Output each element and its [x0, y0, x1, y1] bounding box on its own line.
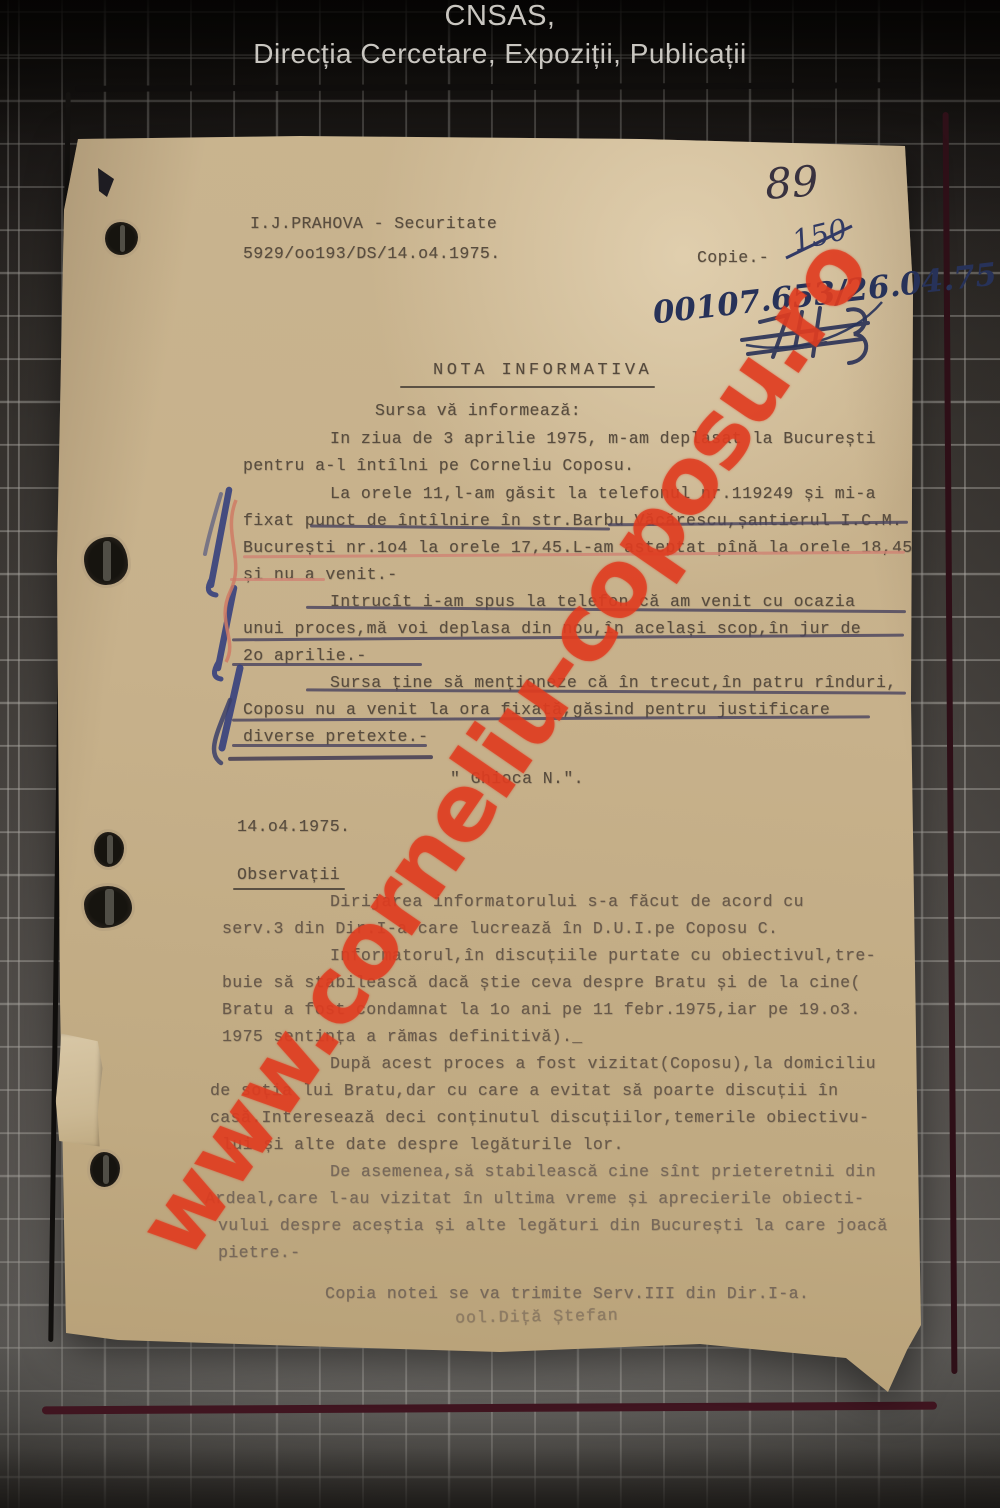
typed-line: Copia notei se va trimite Serv.III din D… [325, 1283, 809, 1305]
typed-line: ool.Diță Ștefan [455, 1305, 619, 1330]
observatii-underline [233, 888, 345, 890]
pencil-margin-marks [205, 490, 240, 763]
typed-line: După acest proces a fost vizitat(Coposu)… [330, 1053, 876, 1075]
red-pencil-mark [230, 578, 325, 581]
typed-line: și nu a venit.- [243, 564, 398, 586]
pencil-underline [228, 755, 433, 760]
typed-line: vului despre aceștia și alte legături di… [218, 1215, 888, 1237]
unit-header-line2: 5929/oo193/DS/14.o4.1975. [243, 243, 501, 265]
punch-hole [105, 222, 138, 255]
check-mark [98, 168, 114, 197]
pencil-underline [232, 744, 427, 747]
unit-header-line1: I.J.PRAHOVA - Securitate [250, 213, 497, 235]
typed-line: La orele 11,l-am găsit la telefonul nr.1… [330, 483, 876, 505]
typed-line: Ardeal,care l-au vizitat în ultima vreme… [205, 1188, 864, 1210]
typed-line: Observații [237, 864, 340, 886]
typed-line: In ziua de 3 aprilie 1975, m-am deplasat… [330, 428, 876, 450]
pencil-underline [232, 663, 422, 666]
photographed-document: I.J.PRAHOVA - Securitate 5929/oo193/DS/1… [0, 0, 1000, 1508]
punch-hole [94, 832, 124, 867]
copy-label: Copie.- [697, 247, 769, 269]
typed-line: pentru a-l întîlni pe Corneliu Coposu. [243, 455, 634, 477]
title-underline [400, 386, 655, 388]
document-title: NOTA INFORMATIVA [433, 360, 652, 382]
handwritten-page-number: 89 [763, 156, 820, 209]
archive-banner-line1: CNSAS, [0, 0, 1000, 33]
typed-line: 14.o4.1975. [237, 816, 350, 838]
typed-line: pietre.- [218, 1242, 300, 1264]
punch-hole [84, 886, 132, 928]
typed-line: Sursa vă informează: [375, 400, 581, 422]
typed-line: De asemenea,să stabilească cine sînt pri… [330, 1161, 876, 1183]
archive-banner-line2: Direcția Cercetare, Expoziții, Publicați… [0, 38, 1000, 70]
typed-line: serv.3 din Dir.I-a care lucrează în D.U.… [222, 918, 778, 940]
punch-hole [90, 1152, 120, 1187]
punch-hole [84, 537, 128, 585]
torn-paper-patch [55, 1033, 104, 1146]
page-content: I.J.PRAHOVA - Securitate 5929/oo193/DS/1… [0, 0, 1000, 1508]
